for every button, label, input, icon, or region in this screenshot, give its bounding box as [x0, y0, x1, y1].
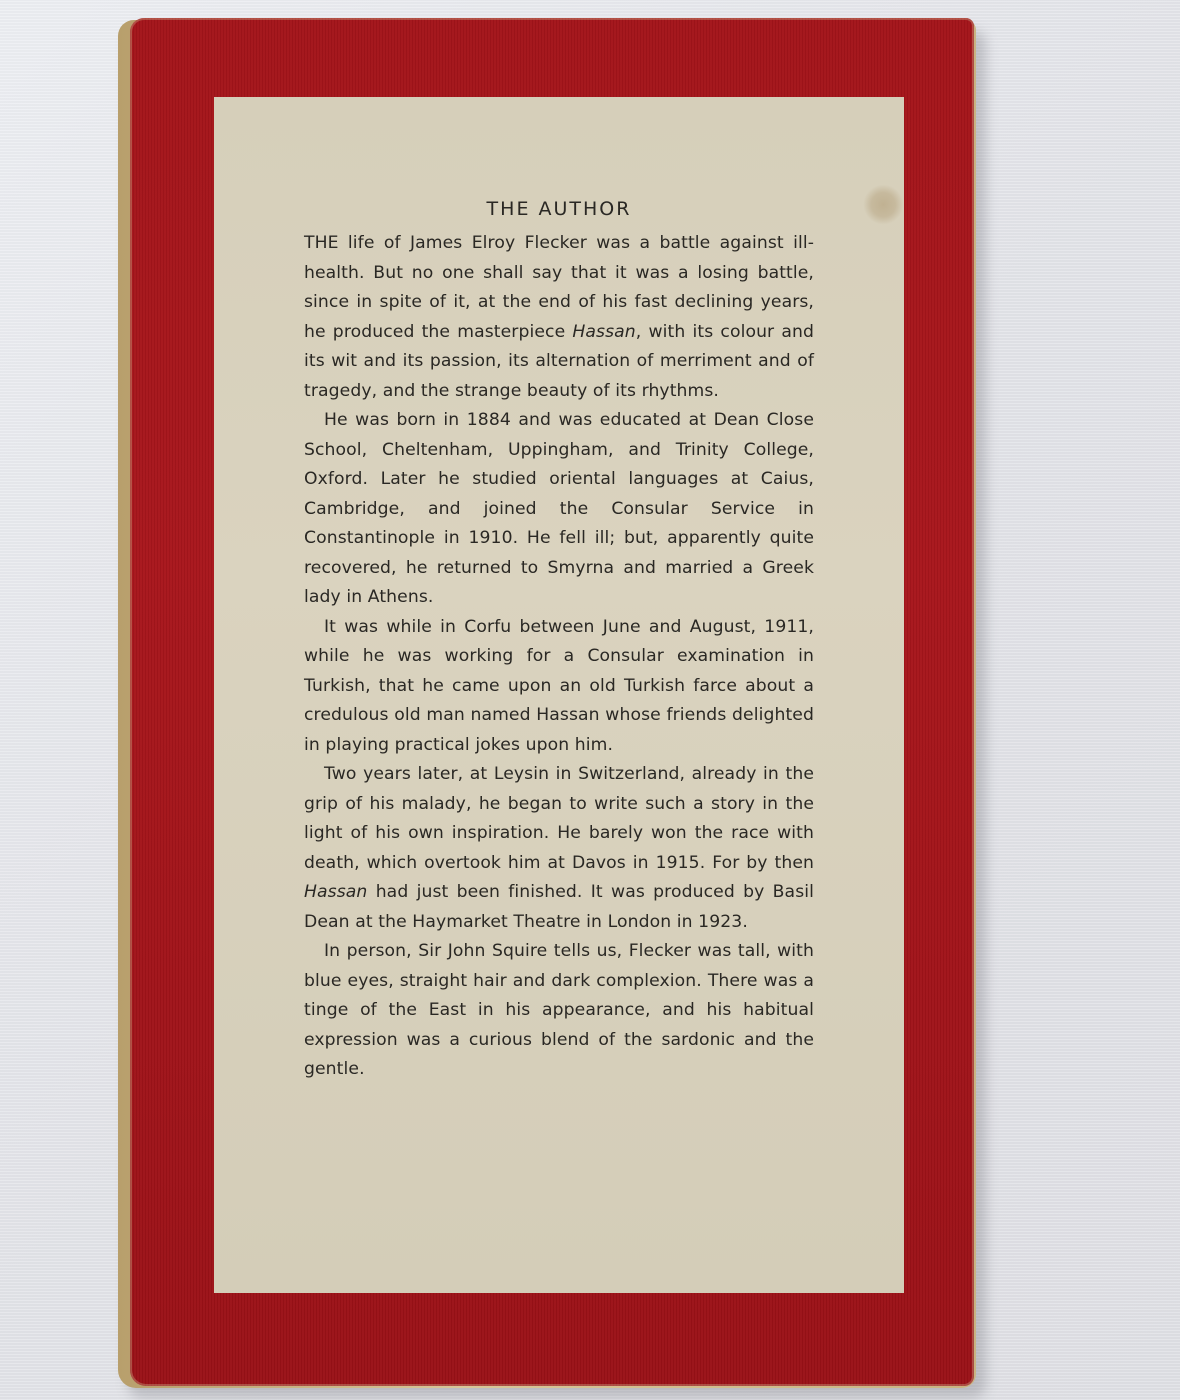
bio-paragraph: THE life of James Elroy Flecker was a ba… — [304, 229, 814, 406]
bio-paragraph: Two years later, at Leysin in Switzerlan… — [304, 760, 814, 937]
section-heading: THE AUTHOR — [304, 197, 814, 221]
show-through-texture: ​ — [454, 125, 714, 155]
bio-paragraph: In person, Sir John Squire tells us, Fle… — [304, 937, 814, 1085]
author-bio: THE AUTHOR THE life of James Elroy Fleck… — [304, 197, 814, 1085]
book-title: Hassan — [304, 882, 367, 902]
bio-paragraph: It was while in Corfu between June and A… — [304, 613, 814, 761]
book-title: Hassan — [572, 322, 635, 342]
bio-paragraph: He was born in 1884 and was educated at … — [304, 406, 814, 613]
book-back-cover: ​ THE AUTHOR THE life of James Elroy Fle… — [130, 18, 974, 1386]
cover-text-panel: ​ THE AUTHOR THE life of James Elroy Fle… — [214, 97, 904, 1293]
